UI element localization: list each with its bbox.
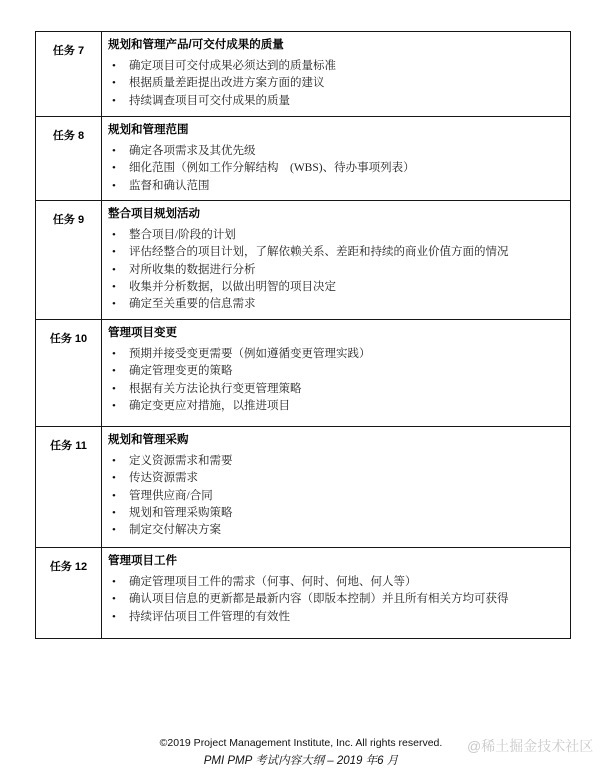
- bullet-icon: •: [112, 609, 129, 626]
- task-content-cell: 规划和管理范围 •确定各项需求及其优先级 •细化范围（例如工作分解结构 (WBS…: [102, 117, 570, 200]
- bullet-text: 根据质量差距提出改进方案方面的建议: [129, 75, 562, 92]
- bullet-text: 细化范围（例如工作分解结构 (WBS)、待办事项列表）: [129, 160, 562, 177]
- list-item: •细化范围（例如工作分解结构 (WBS)、待办事项列表）: [108, 160, 562, 177]
- table-row-task-10: 任务 10 管理项目变更 •预期并接受变更需要（例如遵循变更管理实践） •确定管…: [36, 320, 570, 427]
- bullet-icon: •: [112, 505, 129, 522]
- task-title: 规划和管理范围: [108, 123, 562, 138]
- list-item: •制定交付解决方案: [108, 522, 562, 539]
- bullet-text: 持续调查项目可交付成果的质量: [129, 93, 562, 110]
- bullet-list: •整合项目/阶段的计划 •评估经整合的项目计划，了解依赖关系、差距和持续的商业价…: [108, 227, 562, 313]
- bullet-icon: •: [112, 346, 129, 363]
- bullet-text: 确定各项需求及其优先级: [129, 143, 562, 160]
- bullet-text: 确定管理项目工件的需求（何事、何时、何地、何人等）: [129, 574, 562, 591]
- bullet-list: •定义资源需求和需要 •传达资源需求 •管理供应商/合同 •规划和管理采购策略 …: [108, 453, 562, 539]
- list-item: •收集并分析数据，以做出明智的项目决定: [108, 279, 562, 296]
- bullet-text: 管理供应商/合同: [129, 488, 562, 505]
- task-label: 任务 12: [36, 548, 102, 638]
- table-row-task-8: 任务 8 规划和管理范围 •确定各项需求及其优先级 •细化范围（例如工作分解结构…: [36, 117, 570, 201]
- bullet-icon: •: [112, 398, 129, 415]
- bullet-icon: •: [112, 227, 129, 244]
- list-item: •确定至关重要的信息需求: [108, 296, 562, 313]
- bullet-icon: •: [112, 244, 129, 261]
- bullet-text: 确定变更应对措施，以推进项目: [129, 398, 562, 415]
- list-item: •确定各项需求及其优先级: [108, 143, 562, 160]
- task-title: 管理项目变更: [108, 326, 562, 341]
- bullet-icon: •: [112, 296, 129, 313]
- bullet-text: 收集并分析数据，以做出明智的项目决定: [129, 279, 562, 296]
- list-item: •整合项目/阶段的计划: [108, 227, 562, 244]
- task-content-cell: 整合项目规划活动 •整合项目/阶段的计划 •评估经整合的项目计划，了解依赖关系、…: [102, 201, 570, 319]
- list-item: •定义资源需求和需要: [108, 453, 562, 470]
- task-label: 任务 7: [36, 32, 102, 116]
- task-content-cell: 规划和管理采购 •定义资源需求和需要 •传达资源需求 •管理供应商/合同 •规划…: [102, 427, 570, 547]
- task-title: 规划和管理产品/可交付成果的质量: [108, 38, 562, 53]
- task-table: 任务 7 规划和管理产品/可交付成果的质量 •确定项目可交付成果必须达到的质量标…: [35, 31, 571, 639]
- task-content-cell: 管理项目工件 •确定管理项目工件的需求（何事、何时、何地、何人等） •确认项目信…: [102, 548, 570, 638]
- bullet-icon: •: [112, 160, 129, 177]
- task-content-cell: 管理项目变更 •预期并接受变更需要（例如遵循变更管理实践） •确定管理变更的策略…: [102, 320, 570, 426]
- task-label: 任务 8: [36, 117, 102, 200]
- bullet-text: 确定管理变更的策略: [129, 363, 562, 380]
- bullet-text: 确认项目信息的更新都是最新内容（即版本控制）并且所有相关方均可获得: [129, 591, 562, 608]
- list-item: •确定变更应对措施，以推进项目: [108, 398, 562, 415]
- list-item: •管理供应商/合同: [108, 488, 562, 505]
- watermark-text: @稀土掘金技术社区: [467, 736, 593, 756]
- bullet-icon: •: [112, 279, 129, 296]
- bullet-text: 定义资源需求和需要: [129, 453, 562, 470]
- bullet-list: •确定各项需求及其优先级 •细化范围（例如工作分解结构 (WBS)、待办事项列表…: [108, 143, 562, 195]
- bullet-icon: •: [112, 453, 129, 470]
- table-row-task-11: 任务 11 规划和管理采购 •定义资源需求和需要 •传达资源需求 •管理供应商/…: [36, 427, 570, 548]
- bullet-icon: •: [112, 591, 129, 608]
- bullet-text: 根据有关方法论执行变更管理策略: [129, 381, 562, 398]
- bullet-text: 对所收集的数据进行分析: [129, 262, 562, 279]
- task-title: 规划和管理采购: [108, 433, 562, 448]
- task-content-cell: 规划和管理产品/可交付成果的质量 •确定项目可交付成果必须达到的质量标准 •根据…: [102, 32, 570, 116]
- list-item: •预期并接受变更需要（例如遵循变更管理实践）: [108, 346, 562, 363]
- bullet-icon: •: [112, 488, 129, 505]
- list-item: •确定项目可交付成果必须达到的质量标准: [108, 58, 562, 75]
- bullet-text: 监督和确认范围: [129, 178, 562, 195]
- task-label: 任务 10: [36, 320, 102, 426]
- bullet-text: 预期并接受变更需要（例如遵循变更管理实践）: [129, 346, 562, 363]
- task-label: 任务 9: [36, 201, 102, 319]
- bullet-icon: •: [112, 574, 129, 591]
- bullet-icon: •: [112, 75, 129, 92]
- bullet-list: •确定管理项目工件的需求（何事、何时、何地、何人等） •确认项目信息的更新都是最…: [108, 574, 562, 626]
- list-item: •对所收集的数据进行分析: [108, 262, 562, 279]
- bullet-text: 传达资源需求: [129, 470, 562, 487]
- list-item: •监督和确认范围: [108, 178, 562, 195]
- bullet-text: 制定交付解决方案: [129, 522, 562, 539]
- list-item: •评估经整合的项目计划，了解依赖关系、差距和持续的商业价值方面的情况: [108, 244, 562, 261]
- bullet-icon: •: [112, 143, 129, 160]
- bullet-text: 确定项目可交付成果必须达到的质量标准: [129, 58, 562, 75]
- bullet-icon: •: [112, 522, 129, 539]
- bullet-text: 评估经整合的项目计划，了解依赖关系、差距和持续的商业价值方面的情况: [129, 244, 562, 261]
- list-item: •传达资源需求: [108, 470, 562, 487]
- list-item: •持续评估项目工件管理的有效性: [108, 609, 562, 626]
- table-row-task-12: 任务 12 管理项目工件 •确定管理项目工件的需求（何事、何时、何地、何人等） …: [36, 548, 570, 638]
- table-row-task-9: 任务 9 整合项目规划活动 •整合项目/阶段的计划 •评估经整合的项目计划，了解…: [36, 201, 570, 320]
- task-title: 整合项目规划活动: [108, 207, 562, 222]
- task-title: 管理项目工件: [108, 554, 562, 569]
- task-label: 任务 11: [36, 427, 102, 547]
- list-item: •确定管理项目工件的需求（何事、何时、何地、何人等）: [108, 574, 562, 591]
- list-item: •根据质量差距提出改进方案方面的建议: [108, 75, 562, 92]
- bullet-text: 持续评估项目工件管理的有效性: [129, 609, 562, 626]
- list-item: •根据有关方法论执行变更管理策略: [108, 381, 562, 398]
- bullet-icon: •: [112, 262, 129, 279]
- bullet-icon: •: [112, 58, 129, 75]
- table-row-task-7: 任务 7 规划和管理产品/可交付成果的质量 •确定项目可交付成果必须达到的质量标…: [36, 32, 570, 117]
- list-item: •确定管理变更的策略: [108, 363, 562, 380]
- list-item: •规划和管理采购策略: [108, 505, 562, 522]
- bullet-text: 规划和管理采购策略: [129, 505, 562, 522]
- bullet-icon: •: [112, 178, 129, 195]
- list-item: •确认项目信息的更新都是最新内容（即版本控制）并且所有相关方均可获得: [108, 591, 562, 608]
- bullet-text: 整合项目/阶段的计划: [129, 227, 562, 244]
- bullet-icon: •: [112, 363, 129, 380]
- bullet-list: •确定项目可交付成果必须达到的质量标准 •根据质量差距提出改进方案方面的建议 •…: [108, 58, 562, 110]
- bullet-text: 确定至关重要的信息需求: [129, 296, 562, 313]
- bullet-list: •预期并接受变更需要（例如遵循变更管理实践） •确定管理变更的策略 •根据有关方…: [108, 346, 562, 415]
- bullet-icon: •: [112, 470, 129, 487]
- list-item: •持续调查项目可交付成果的质量: [108, 93, 562, 110]
- document-page: 任务 7 规划和管理产品/可交付成果的质量 •确定项目可交付成果必须达到的质量标…: [0, 0, 602, 775]
- bullet-icon: •: [112, 381, 129, 398]
- bullet-icon: •: [112, 93, 129, 110]
